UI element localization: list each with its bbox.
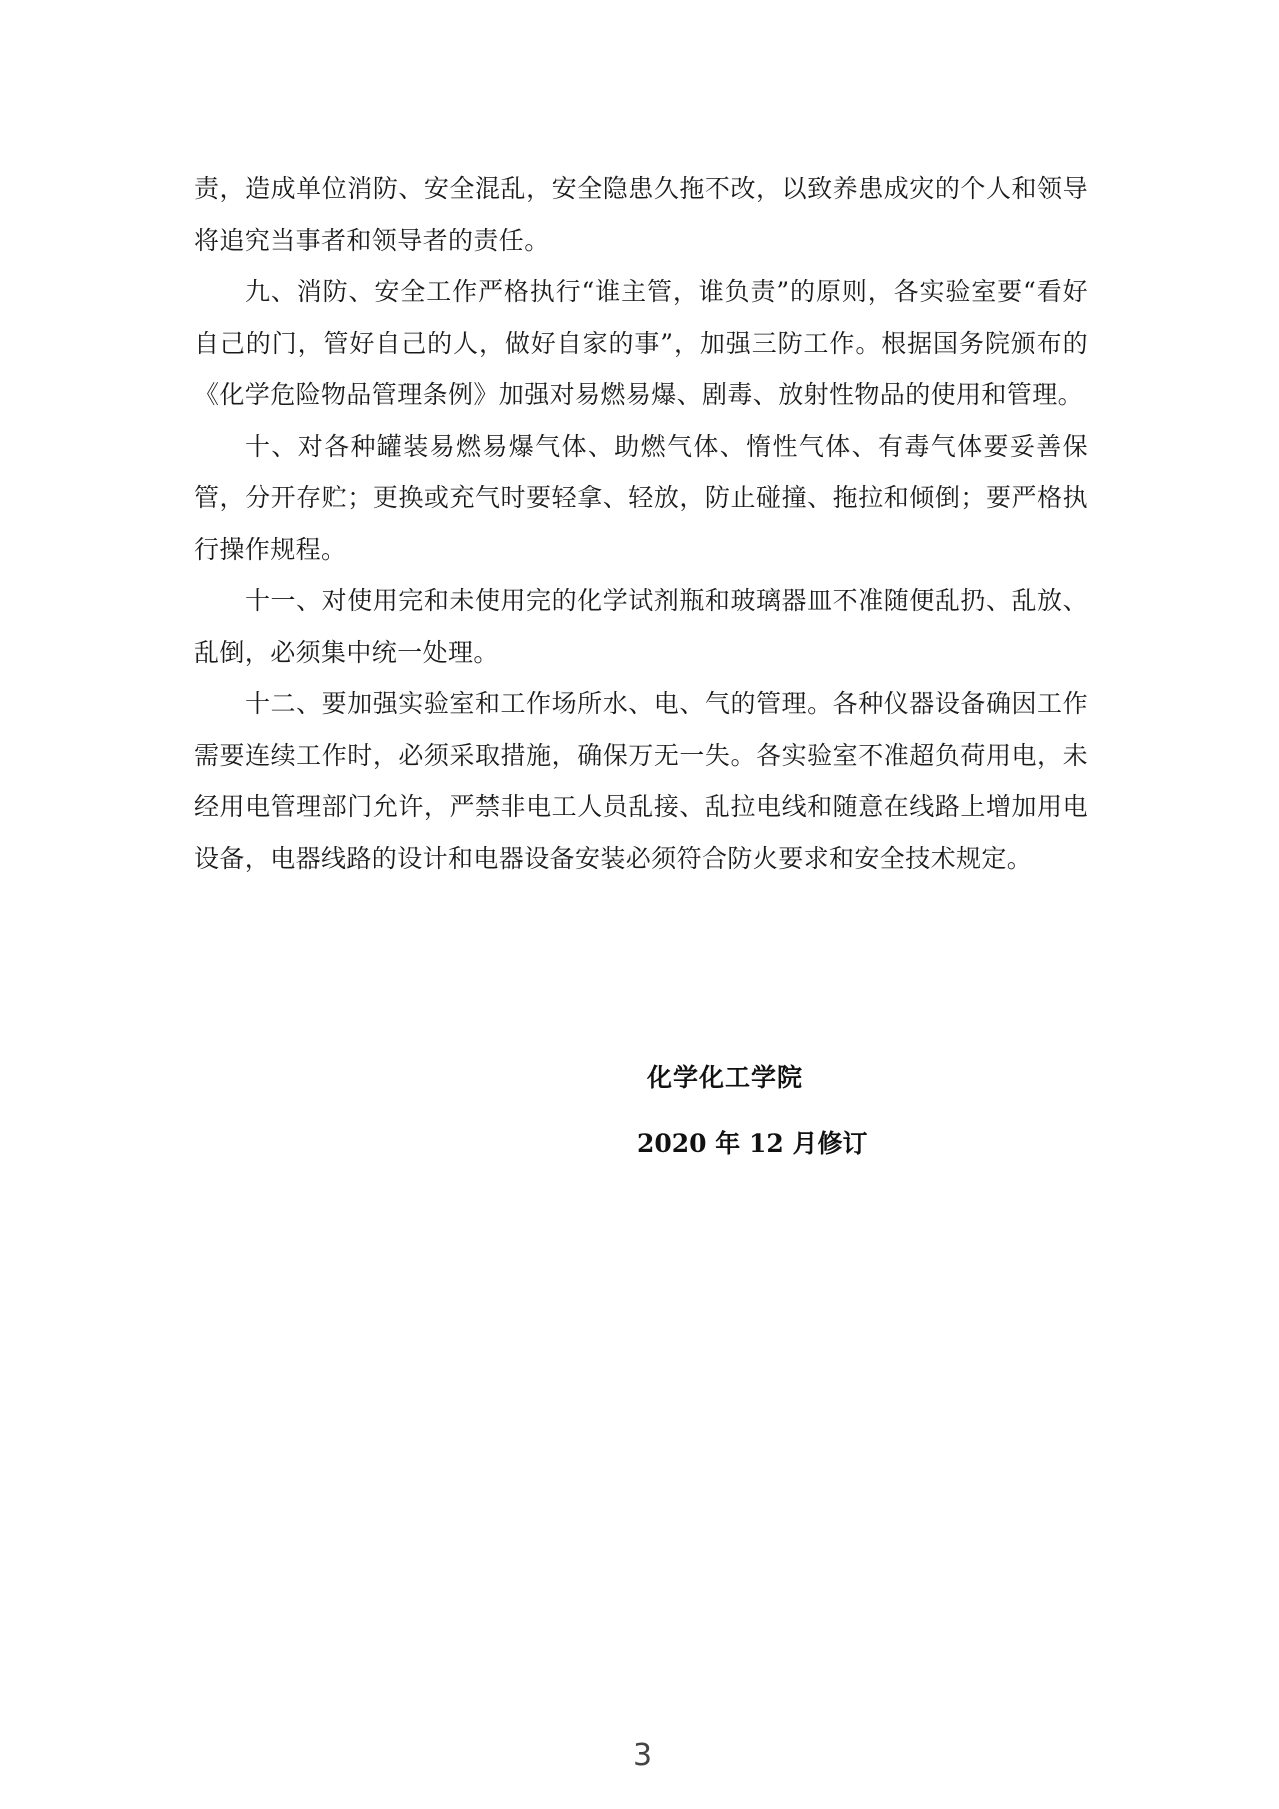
signature-date: 2020 年 12 月修订 [637, 1124, 867, 1160]
paragraph-item-10: 十、对各种罐装易燃易爆气体、助燃气体、惰性气体、有毒气体要妥善保管，分开存贮；更… [194, 421, 1088, 576]
page-number: 3 [0, 1738, 1279, 1773]
paragraph-continuation: 责，造成单位消防、安全混乱，安全隐患久拖不改，以致养患成灾的个人和领导将追究当事… [194, 163, 1088, 266]
page-number-value: 3 [633, 1738, 652, 1773]
paragraph-item-12: 十二、要加强实验室和工作场所水、电、气的管理。各种仪器设备确因工作需要连续工作时… [194, 678, 1088, 884]
document-page: 责，造成单位消防、安全混乱，安全隐患久拖不改，以致养患成灾的个人和领导将追究当事… [0, 0, 1279, 1809]
paragraph-item-11: 十一、对使用完和未使用完的化学试剂瓶和玻璃器皿不准随便乱扔、乱放、乱倒，必须集中… [194, 575, 1088, 678]
paragraph-item-9: 九、消防、安全工作严格执行“谁主管，谁负责”的原则，各实验室要“看好自己的门，管… [194, 266, 1088, 421]
signature-organization: 化学化工学院 [647, 1058, 803, 1094]
document-body: 责，造成单位消防、安全混乱，安全隐患久拖不改，以致养患成灾的个人和领导将追究当事… [194, 163, 1088, 884]
